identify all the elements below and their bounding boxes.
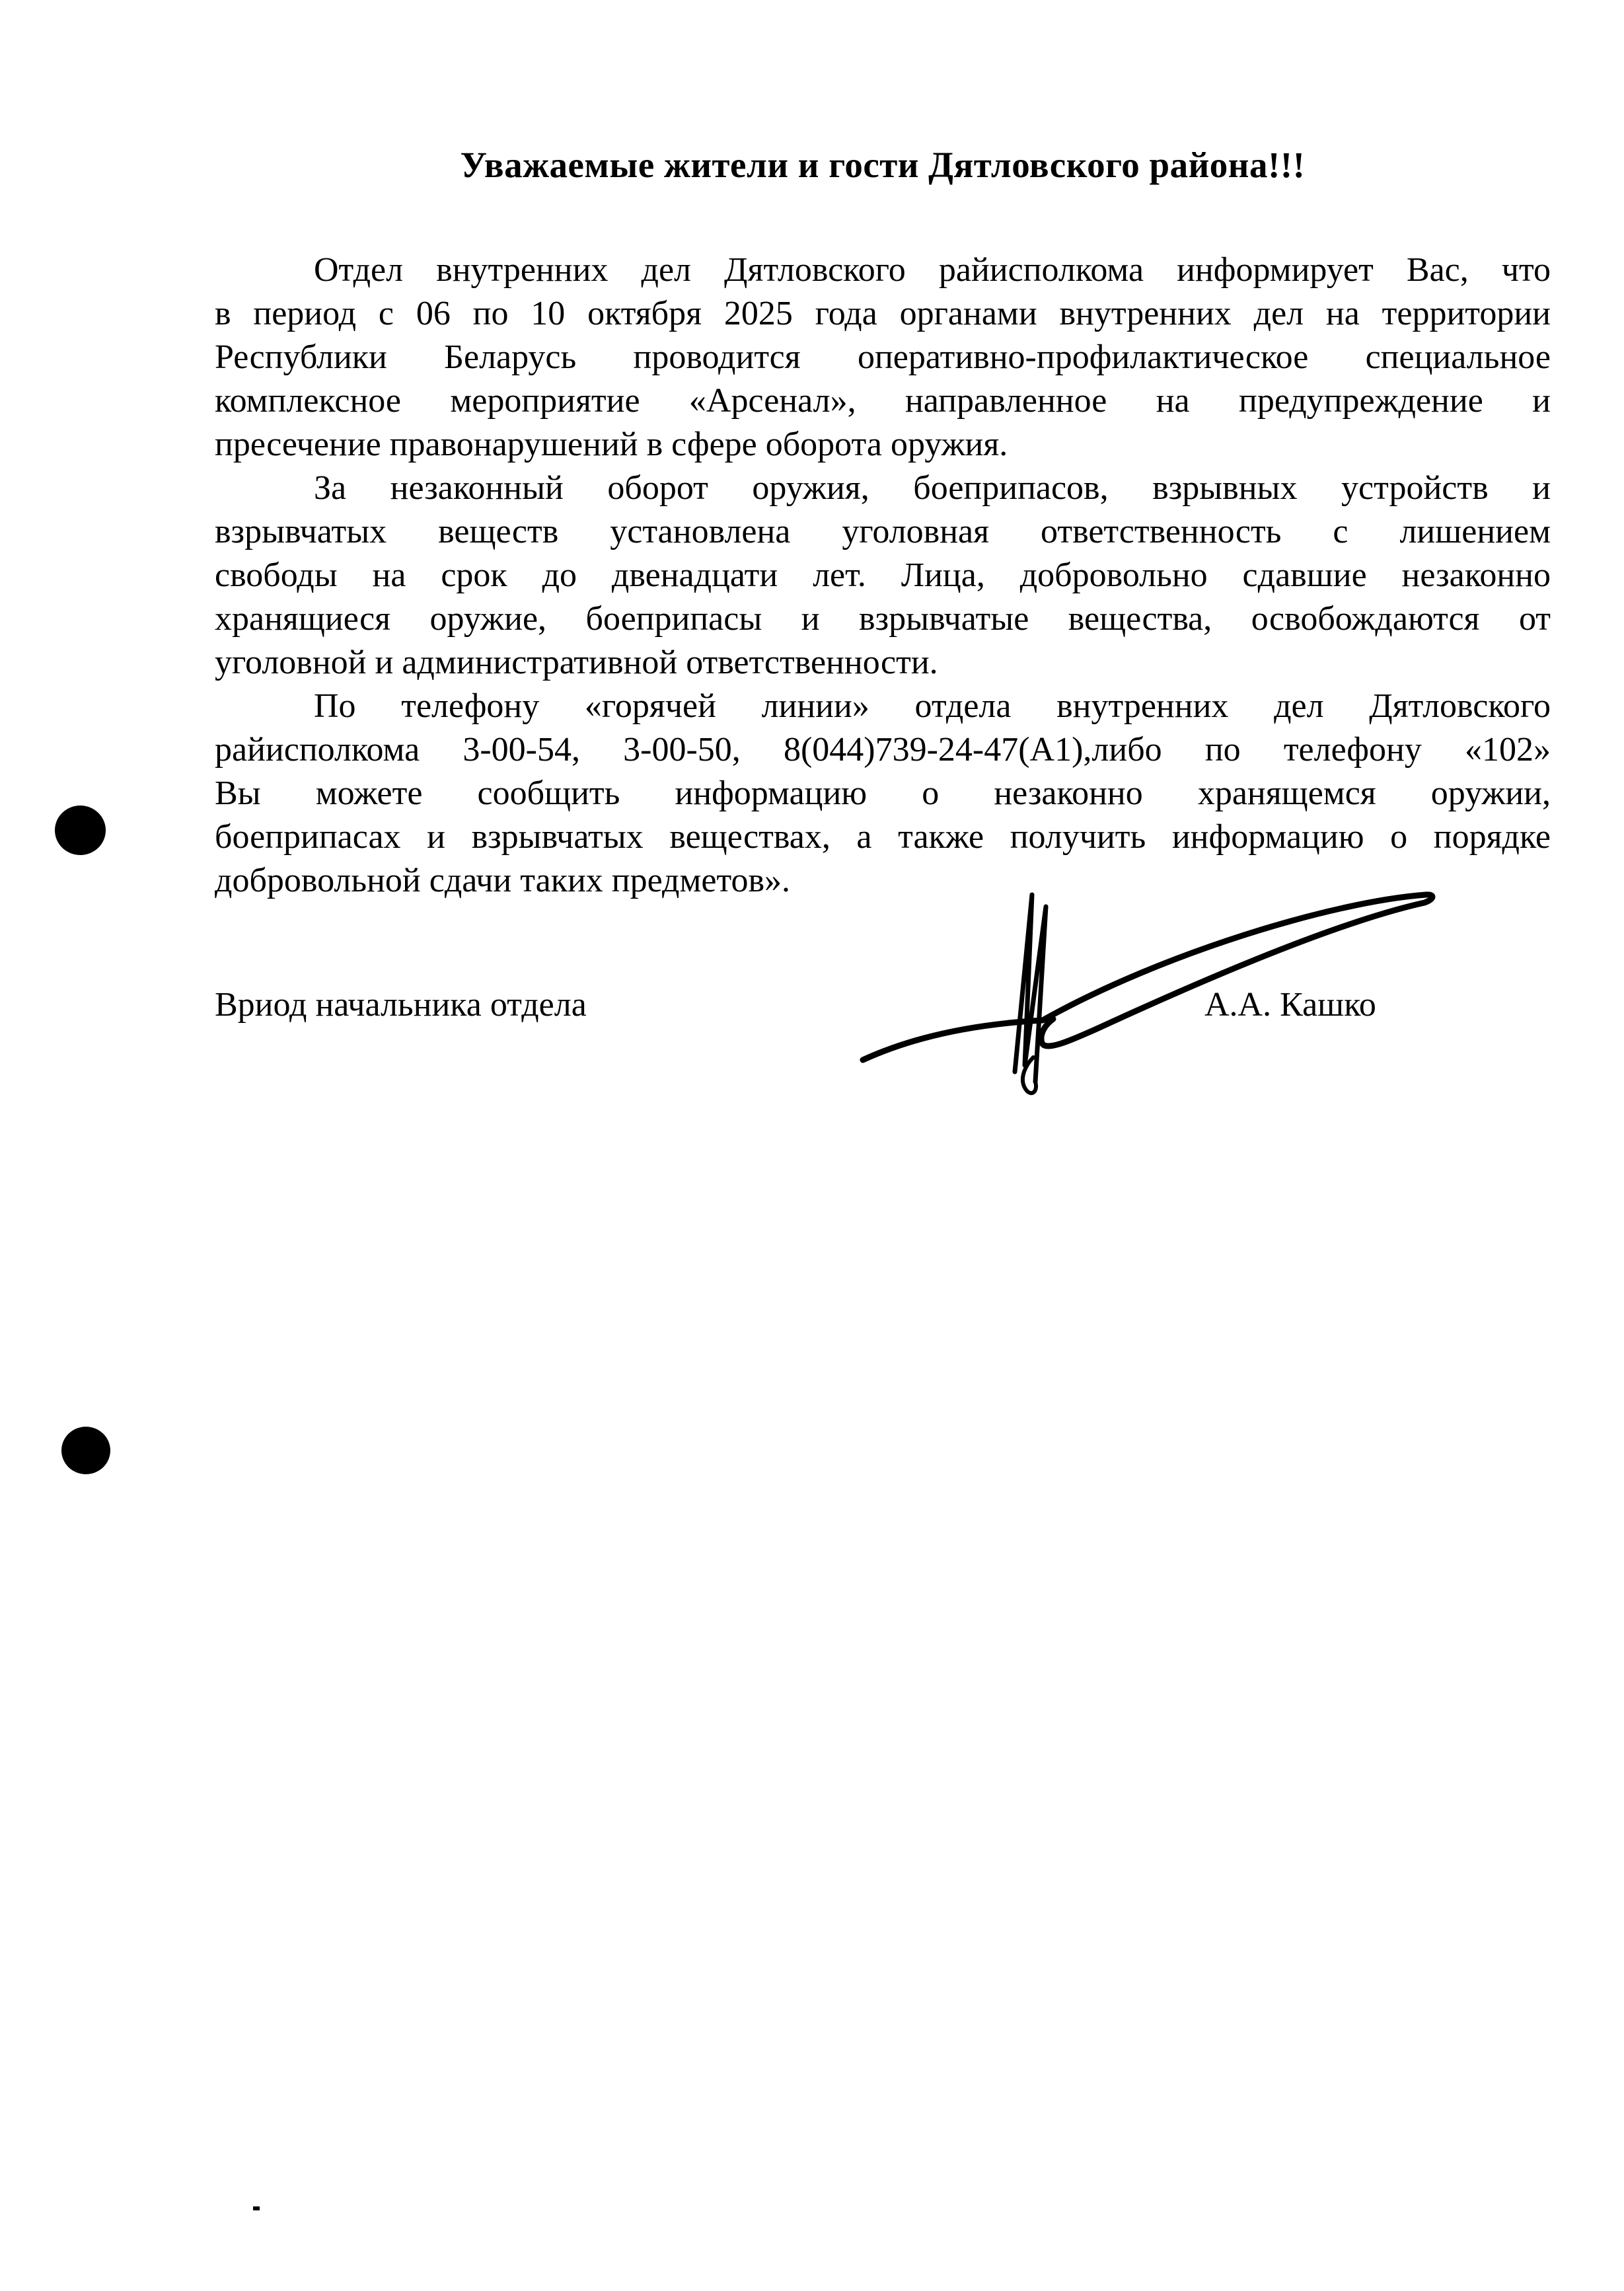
scanned-document-page: Уважаемые жители и гости Дятловского рай…	[0, 0, 1624, 2291]
paragraph-line: свободы на срок до двенадцати лет. Лица,…	[215, 554, 1551, 597]
paragraph-line: По телефону «горячей линии» отдела внутр…	[215, 685, 1551, 728]
handwritten-signature	[846, 880, 1467, 1105]
paragraph-line: уголовной и административной ответственн…	[215, 641, 1551, 685]
hole-punch-mark	[61, 1427, 110, 1474]
paragraph-line: Отдел внутренних дел Дятловского райиспо…	[215, 248, 1551, 292]
paragraph-line: райисполкома 3-00-54, 3-00-50, 8(044)739…	[215, 728, 1551, 772]
paragraph-line: Республики Беларусь проводится оперативн…	[215, 336, 1551, 379]
paragraph-line: боеприпасах и взрывчатых веществах, а та…	[215, 815, 1551, 859]
document-title: Уважаемые жители и гости Дятловского рай…	[215, 144, 1551, 186]
paragraph-line: в период с 06 по 10 октября 2025 года ор…	[215, 292, 1551, 336]
paragraph-line: пресечение правонарушений в сфере оборот…	[215, 423, 1551, 467]
signatory-position-label: Вриод начальника отдела	[215, 985, 587, 1026]
paragraph-line: За незаконный оборот оружия, боеприпасов…	[215, 467, 1551, 510]
paragraph-line: хранящиеся оружие, боеприпасы и взрывчат…	[215, 597, 1551, 641]
scan-artifact-speck	[253, 2206, 260, 2210]
paragraph-line: комплексное мероприятие «Арсенал», напра…	[215, 379, 1551, 423]
paragraph-line: Вы можете сообщить информацию о незаконн…	[215, 772, 1551, 815]
hole-punch-mark	[55, 806, 106, 855]
document-body: Отдел внутренних дел Дятловского райиспо…	[215, 248, 1551, 903]
paragraph-line: взрывчатых веществ установлена уголовная…	[215, 510, 1551, 554]
